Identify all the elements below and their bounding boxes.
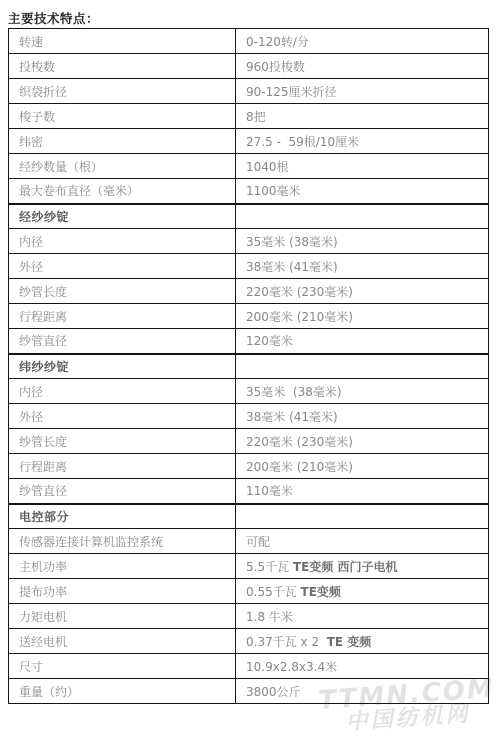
spec-label: 投梭数 xyxy=(19,60,55,74)
spec-label: 纱管长度 xyxy=(19,285,67,299)
spec-label-cell: 纱管直径 xyxy=(9,329,236,354)
spec-value-cell: 35毫米 (38毫米) xyxy=(236,229,489,254)
table-row: 送经电机 0.37千瓦 x 2 TE 变频 xyxy=(9,629,489,654)
spec-label: 经纱纱锭 xyxy=(19,210,69,224)
spec-value-cell: 0-120转/分 xyxy=(236,29,489,54)
table-row: 纱管长度 220毫米 (230毫米) xyxy=(9,429,489,454)
table-row: 力矩电机 1.8 牛米 xyxy=(9,604,489,629)
spec-value-cell: 1100毫米 xyxy=(236,179,489,204)
spec-value-bold: TE变频 xyxy=(301,585,341,599)
table-row: 外径 38毫米 (41毫米) xyxy=(9,254,489,279)
spec-label-cell: 梭子数 xyxy=(9,104,236,129)
table-row: 织袋折径 90-125厘米折径 xyxy=(9,79,489,104)
spec-label: 纬纱纱锭 xyxy=(19,360,69,374)
page-title: 主要技术特点： xyxy=(8,9,99,27)
spec-value: 可配 xyxy=(246,535,270,549)
spec-label: 纱管长度 xyxy=(19,435,67,449)
spec-value-cell: 27.5 - 59根/10厘米 xyxy=(236,129,489,154)
spec-value: 200毫米 (210毫米) xyxy=(246,460,353,474)
spec-value-bold: TE 变频 xyxy=(327,635,372,649)
spec-label-cell: 行程距离 xyxy=(9,454,236,479)
spec-label-cell: 转速 xyxy=(9,29,236,54)
spec-label-cell: 内径 xyxy=(9,229,236,254)
spec-label-cell: 外径 xyxy=(9,254,236,279)
spec-value: 5.5千瓦 xyxy=(246,560,293,574)
table-row: 投梭数 960投梭数 xyxy=(9,54,489,79)
table-row: 纱管直径 120毫米 xyxy=(9,329,489,354)
spec-label: 外径 xyxy=(19,260,43,274)
table-row: 经纱数量（根） 1040根 xyxy=(9,154,489,179)
spec-label-cell: 主机功率 xyxy=(9,554,236,579)
spec-value: 27.5 - 59根/10厘米 xyxy=(246,135,359,149)
table-row: 外径 38毫米 (41毫米) xyxy=(9,404,489,429)
spec-value-cell: 10.9x2.8x3.4米 xyxy=(236,654,489,679)
spec-value-cell: 220毫米 (230毫米) xyxy=(236,279,489,304)
table-row: 纬纱纱锭 xyxy=(9,354,489,379)
spec-value: 3800公斤 xyxy=(246,685,301,699)
spec-label-cell: 力矩电机 xyxy=(9,604,236,629)
table-row: 行程距离 200毫米 (210毫米) xyxy=(9,304,489,329)
spec-value: 0.55千瓦 xyxy=(246,585,301,599)
spec-value-cell: 90-125厘米折径 xyxy=(236,79,489,104)
spec-value: 220毫米 (230毫米) xyxy=(246,285,353,299)
spec-label-cell: 外径 xyxy=(9,404,236,429)
spec-label: 提布功率 xyxy=(19,585,67,599)
table-row: 纱管直径 110毫米 xyxy=(9,479,489,504)
spec-label: 尺寸 xyxy=(19,660,43,674)
table-row: 纱管长度 220毫米 (230毫米) xyxy=(9,279,489,304)
table-row: 转速 0-120转/分 xyxy=(9,29,489,54)
spec-value-cell: 3800公斤 xyxy=(236,679,489,704)
spec-label: 转速 xyxy=(19,35,43,49)
spec-label: 纱管直径 xyxy=(19,334,67,348)
spec-value-cell: 120毫米 xyxy=(236,329,489,354)
table-row: 重量（约） 3800公斤 xyxy=(9,679,489,704)
table-row: 传感器连接计算机监控系统 可配 xyxy=(9,529,489,554)
table-row: 最大卷布直径（毫米） 1100毫米 xyxy=(9,179,489,204)
spec-label: 内径 xyxy=(19,385,43,399)
table-row: 内径 35毫米 (38毫米) xyxy=(9,229,489,254)
spec-value-cell: 0.37千瓦 x 2 TE 变频 xyxy=(236,629,489,654)
table-row: 梭子数 8把 xyxy=(9,104,489,129)
spec-value-cell: 0.55千瓦 TE变频 xyxy=(236,579,489,604)
spec-label: 最大卷布直径（毫米） xyxy=(19,184,139,198)
spec-value-cell xyxy=(236,354,489,379)
spec-label-cell: 纱管长度 xyxy=(9,279,236,304)
spec-label: 内径 xyxy=(19,235,43,249)
spec-label: 经纱数量（根） xyxy=(19,160,103,174)
spec-label-cell: 重量（约） xyxy=(9,679,236,704)
spec-value-cell: 5.5千瓦 TE变频 西门子电机 xyxy=(236,554,489,579)
spec-value: 35毫米 (38毫米) xyxy=(246,235,338,249)
spec-value: 110毫米 xyxy=(246,484,293,498)
spec-value-cell: 200毫米 (210毫米) xyxy=(236,304,489,329)
spec-label-cell: 投梭数 xyxy=(9,54,236,79)
spec-label-cell: 内径 xyxy=(9,379,236,404)
spec-label-cell: 电控部分 xyxy=(9,504,236,529)
spec-value: 1040根 xyxy=(246,160,289,174)
spec-label-cell: 纱管直径 xyxy=(9,479,236,504)
spec-label-cell: 提布功率 xyxy=(9,579,236,604)
spec-value: 120毫米 xyxy=(246,334,293,348)
spec-value-cell xyxy=(236,504,489,529)
spec-value: 38毫米 (41毫米) xyxy=(246,260,338,274)
spec-table: 转速 0-120转/分 投梭数 960投梭数 织袋折径 90-125厘米折径 梭… xyxy=(8,28,489,704)
spec-value-bold: TE变频 西门子电机 xyxy=(293,560,398,574)
spec-label: 织袋折径 xyxy=(19,85,67,99)
spec-label: 送经电机 xyxy=(19,635,67,649)
spec-value-cell: 38毫米 (41毫米) xyxy=(236,404,489,429)
spec-value: 960投梭数 xyxy=(246,60,305,74)
spec-label: 重量（约） xyxy=(19,685,79,699)
spec-label: 力矩电机 xyxy=(19,610,67,624)
table-row: 纬密 27.5 - 59根/10厘米 xyxy=(9,129,489,154)
spec-label-cell: 织袋折径 xyxy=(9,79,236,104)
spec-value: 90-125厘米折径 xyxy=(246,85,337,99)
spec-value: 220毫米 (230毫米) xyxy=(246,435,353,449)
table-row: 经纱纱锭 xyxy=(9,204,489,229)
table-row: 行程距离 200毫米 (210毫米) xyxy=(9,454,489,479)
spec-table-body: 转速 0-120转/分 投梭数 960投梭数 织袋折径 90-125厘米折径 梭… xyxy=(9,29,489,704)
spec-value-cell: 200毫米 (210毫米) xyxy=(236,454,489,479)
spec-label-cell: 纬纱纱锭 xyxy=(9,354,236,379)
spec-label-cell: 纱管长度 xyxy=(9,429,236,454)
spec-label: 纬密 xyxy=(19,135,43,149)
spec-value-cell: 可配 xyxy=(236,529,489,554)
spec-value-cell xyxy=(236,204,489,229)
spec-label: 外径 xyxy=(19,410,43,424)
spec-label: 纱管直径 xyxy=(19,484,67,498)
table-row: 主机功率 5.5千瓦 TE变频 西门子电机 xyxy=(9,554,489,579)
spec-label: 行程距离 xyxy=(19,460,67,474)
spec-value-cell: 1040根 xyxy=(236,154,489,179)
spec-label-cell: 最大卷布直径（毫米） xyxy=(9,179,236,204)
spec-label-cell: 经纱纱锭 xyxy=(9,204,236,229)
spec-value-cell: 1.8 牛米 xyxy=(236,604,489,629)
spec-value: 200毫米 (210毫米) xyxy=(246,310,353,324)
spec-label-cell: 行程距离 xyxy=(9,304,236,329)
table-row: 内径 35毫米 (38毫米) xyxy=(9,379,489,404)
spec-value: 0.37千瓦 x 2 xyxy=(246,635,327,649)
spec-value: 38毫米 (41毫米) xyxy=(246,410,338,424)
spec-value: 1.8 牛米 xyxy=(246,610,293,624)
spec-value-cell: 8把 xyxy=(236,104,489,129)
spec-label-cell: 尺寸 xyxy=(9,654,236,679)
spec-label: 电控部分 xyxy=(19,510,69,524)
spec-value-cell: 960投梭数 xyxy=(236,54,489,79)
spec-label-cell: 纬密 xyxy=(9,129,236,154)
spec-label: 主机功率 xyxy=(19,560,67,574)
table-row: 提布功率 0.55千瓦 TE变频 xyxy=(9,579,489,604)
spec-label: 行程距离 xyxy=(19,310,67,324)
spec-label: 梭子数 xyxy=(19,110,55,124)
spec-label-cell: 经纱数量（根） xyxy=(9,154,236,179)
spec-value-cell: 220毫米 (230毫米) xyxy=(236,429,489,454)
table-row: 电控部分 xyxy=(9,504,489,529)
spec-label-cell: 传感器连接计算机监控系统 xyxy=(9,529,236,554)
spec-label-cell: 送经电机 xyxy=(9,629,236,654)
table-row: 尺寸 10.9x2.8x3.4米 xyxy=(9,654,489,679)
spec-value: 0-120转/分 xyxy=(246,35,309,49)
spec-label: 传感器连接计算机监控系统 xyxy=(19,535,163,549)
spec-value-cell: 110毫米 xyxy=(236,479,489,504)
spec-value: 1100毫米 xyxy=(246,184,301,198)
spec-value-cell: 38毫米 (41毫米) xyxy=(236,254,489,279)
spec-value: 8把 xyxy=(246,110,266,124)
spec-value: 10.9x2.8x3.4米 xyxy=(246,660,337,674)
spec-value-cell: 35毫米 (38毫米) xyxy=(236,379,489,404)
spec-value: 35毫米 (38毫米) xyxy=(246,385,342,399)
